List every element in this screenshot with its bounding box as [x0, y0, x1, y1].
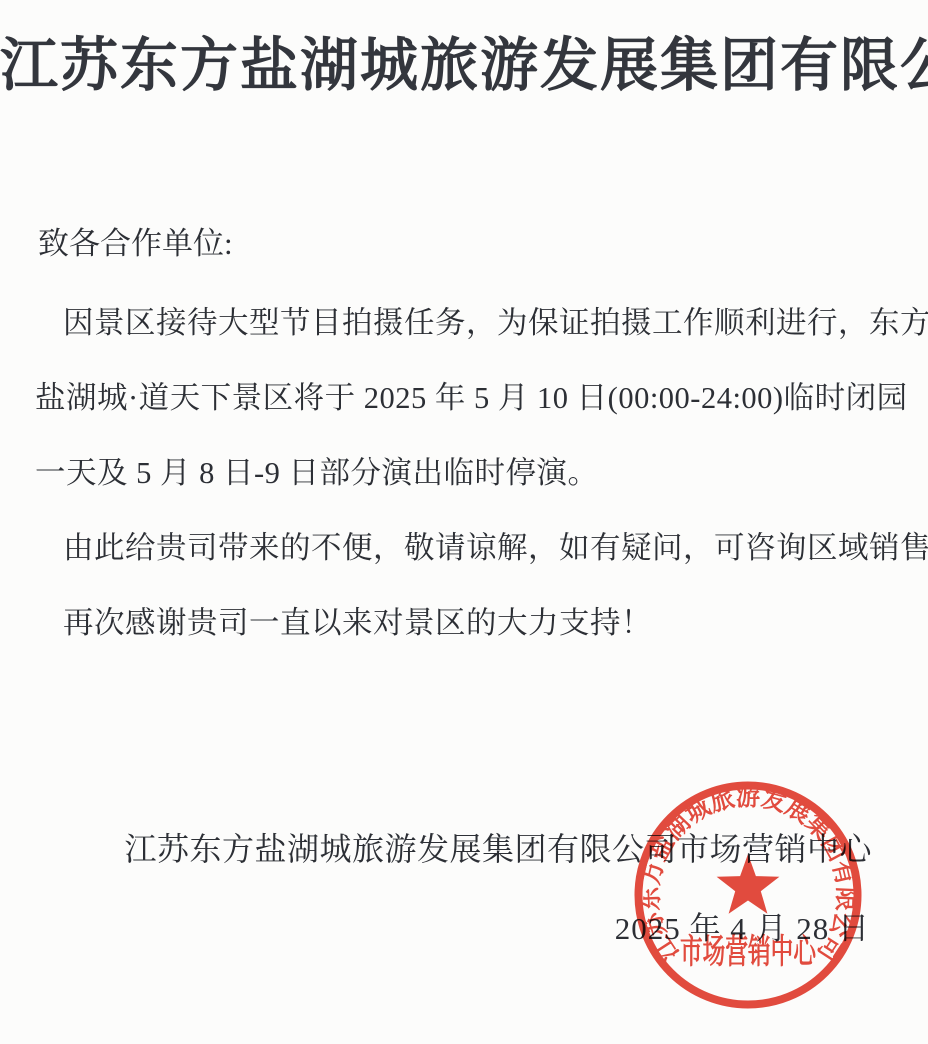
company-seal: 江苏东方盐湖城旅游发展集团有限公司 市场营销中心	[618, 765, 878, 1025]
body-line: 因景区接待大型节目拍摄任务，为保证拍摄工作顺利进行，东方	[35, 286, 928, 361]
body-line: 一天及 5 月 8 日-9 日部分演出临时停演。	[35, 436, 928, 511]
salutation: 致各合作单位:	[38, 206, 233, 281]
document-page: 江苏东方盐湖城旅游发展集团有限公司 致各合作单位: 因景区接待大型节目拍摄任务，…	[0, 0, 928, 1044]
body-line: 盐湖城·道天下景区将于 2025 年 5 月 10 日(00:00-24:00)…	[35, 361, 928, 436]
company-title: 江苏东方盐湖城旅游发展集团有限公司	[0, 18, 928, 102]
body-line: 由此给贵司带来的不便，敬请谅解，如有疑问，可咨询区域销售。	[35, 511, 928, 586]
seal-center-text: 市场营销中心	[680, 933, 817, 971]
body-text: 因景区接待大型节目拍摄任务，为保证拍摄工作顺利进行，东方 盐湖城·道天下景区将于…	[35, 286, 928, 661]
star-icon	[717, 854, 780, 914]
body-line: 再次感谢贵司一直以来对景区的大力支持！	[35, 586, 928, 661]
